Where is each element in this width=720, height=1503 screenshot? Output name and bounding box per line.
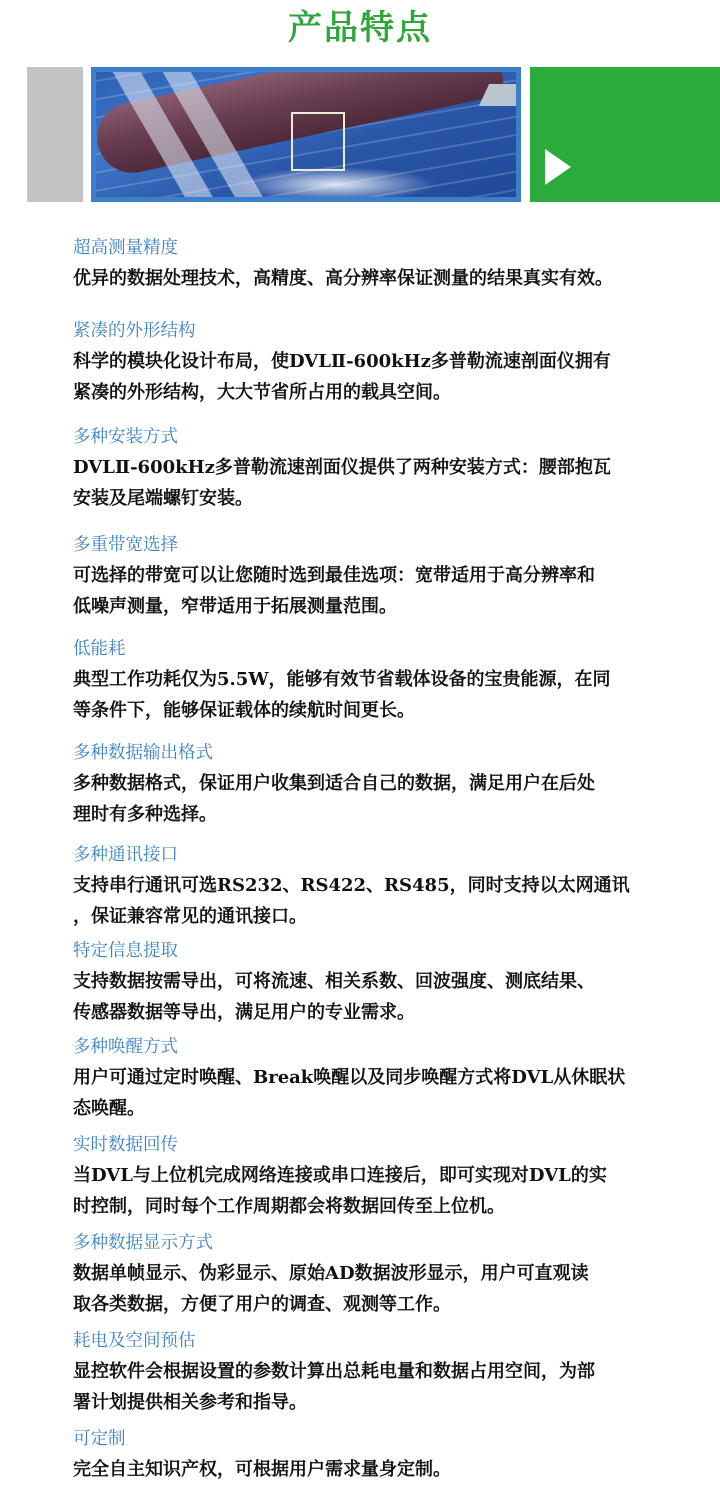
feature-heading: 多种唤醒方式	[73, 1032, 703, 1062]
feature-heading: 可定制	[73, 1424, 703, 1454]
feature-description-line: 用户可通过定时唤醒、Break唤醒以及同步唤醒方式将DVL从休眠状	[73, 1062, 703, 1093]
feature-description-line: 低噪声测量，窄带适用于拓展测量范围。	[73, 591, 703, 622]
feature-description-line: 多种数据格式，保证用户收集到适合自己的数据，满足用户在后处	[73, 768, 703, 799]
feature-heading: 多种通讯接口	[73, 840, 703, 870]
feature-heading: 多种数据显示方式	[73, 1228, 703, 1258]
feature-description-line: 科学的模块化设计布局，使DVLⅡ-600kHz多普勒流速剖面仪拥有	[73, 346, 703, 377]
product-photo	[91, 67, 521, 202]
feature-description-line: 显控软件会根据设置的参数计算出总耗电量和数据占用空间，为部	[73, 1356, 703, 1387]
feature-description-line: 支持数据按需导出，可将流速、相关系数、回波强度、测底结果、	[73, 966, 703, 997]
feature-item: 多种唤醒方式用户可通过定时唤醒、Break唤醒以及同步唤醒方式将DVL从休眠状态…	[73, 1032, 703, 1124]
feature-heading: 多种数据输出格式	[73, 738, 703, 768]
sensor-frame	[291, 112, 345, 171]
feature-item: 低能耗典型工作功耗仅为5.5W，能够有效节省载体设备的宝贵能源，在同等条件下，能…	[73, 634, 703, 726]
feature-description-line: 态唤醒。	[73, 1093, 703, 1124]
feature-heading: 紧凑的外形结构	[73, 316, 703, 346]
feature-item: 特定信息提取支持数据按需导出，可将流速、相关系数、回波强度、测底结果、传感器数据…	[73, 936, 703, 1028]
feature-description-line: 时控制，同时每个工作周期都会将数据回传至上位机。	[73, 1191, 703, 1222]
feature-heading: 耗电及空间预估	[73, 1326, 703, 1356]
water-foam	[236, 167, 436, 202]
feature-description-line: 紧凑的外形结构，大大节省所占用的载具空间。	[73, 377, 703, 408]
banner-green-block[interactable]	[530, 67, 720, 202]
feature-description-line: 优异的数据处理技术，高精度、高分辨率保证测量的结果真实有效。	[73, 263, 703, 294]
feature-description-line: 当DVL与上位机完成网络连接或串口连接后，即可实现对DVL的实	[73, 1160, 703, 1191]
feature-description-line: 支持串行通讯可选RS232、RS422、RS485，同时支持以太网通讯	[73, 870, 703, 901]
feature-item: 多重带宽选择可选择的带宽可以让您随时选到最佳选项：宽带适用于高分辨率和低噪声测量…	[73, 530, 703, 622]
feature-description-line: 可选择的带宽可以让您随时选到最佳选项：宽带适用于高分辨率和	[73, 560, 703, 591]
feature-description-line: 典型工作功耗仅为5.5W，能够有效节省载体设备的宝贵能源，在同	[73, 664, 703, 695]
feature-item: 多种安装方式DVLⅡ-600kHz多普勒流速剖面仪提供了两种安装方式：腰部抱瓦安…	[73, 422, 703, 514]
banner-grey-block	[27, 67, 83, 202]
feature-item: 紧凑的外形结构科学的模块化设计布局，使DVLⅡ-600kHz多普勒流速剖面仪拥有…	[73, 316, 703, 408]
feature-description-line: 等条件下，能够保证载体的续航时间更长。	[73, 695, 703, 726]
feature-description-line: 理时有多种选择。	[73, 799, 703, 830]
feature-heading: 特定信息提取	[73, 936, 703, 966]
feature-item: 耗电及空间预估显控软件会根据设置的参数计算出总耗电量和数据占用空间，为部署计划提…	[73, 1326, 703, 1418]
feature-description-line: 署计划提供相关参考和指导。	[73, 1387, 703, 1418]
feature-heading: 超高测量精度	[73, 233, 703, 263]
play-triangle-icon	[545, 149, 571, 185]
feature-item: 多种数据输出格式多种数据格式，保证用户收集到适合自己的数据，满足用户在后处理时有…	[73, 738, 703, 830]
feature-item: 超高测量精度优异的数据处理技术，高精度、高分辨率保证测量的结果真实有效。	[73, 233, 703, 294]
feature-item: 实时数据回传当DVL与上位机完成网络连接或串口连接后，即可实现对DVL的实时控制…	[73, 1130, 703, 1222]
feature-heading: 多重带宽选择	[73, 530, 703, 560]
feature-heading: 多种安装方式	[73, 422, 703, 452]
feature-description-line: 完全自主知识产权，可根据用户需求量身定制。	[73, 1454, 703, 1485]
feature-heading: 低能耗	[73, 634, 703, 664]
feature-description-line: 数据单帧显示、伪彩显示、原始AD数据波形显示，用户可直观读	[73, 1258, 703, 1289]
feature-description-line: DVLⅡ-600kHz多普勒流速剖面仪提供了两种安装方式：腰部抱瓦	[73, 452, 703, 483]
feature-description-line: 取各类数据，方便了用户的调查、观测等工作。	[73, 1289, 703, 1320]
feature-item: 多种数据显示方式数据单帧显示、伪彩显示、原始AD数据波形显示，用户可直观读取各类…	[73, 1228, 703, 1320]
page-title: 产品特点	[0, 6, 720, 50]
feature-description-line: 安装及尾端螺钉安装。	[73, 483, 703, 514]
feature-description-line: 传感器数据等导出，满足用户的专业需求。	[73, 997, 703, 1028]
feature-description-line: ，保证兼容常见的通讯接口。	[73, 901, 703, 932]
feature-heading: 实时数据回传	[73, 1130, 703, 1160]
feature-item: 多种通讯接口支持串行通讯可选RS232、RS422、RS485，同时支持以太网通…	[73, 840, 703, 932]
feature-item: 可定制完全自主知识产权，可根据用户需求量身定制。	[73, 1424, 703, 1485]
